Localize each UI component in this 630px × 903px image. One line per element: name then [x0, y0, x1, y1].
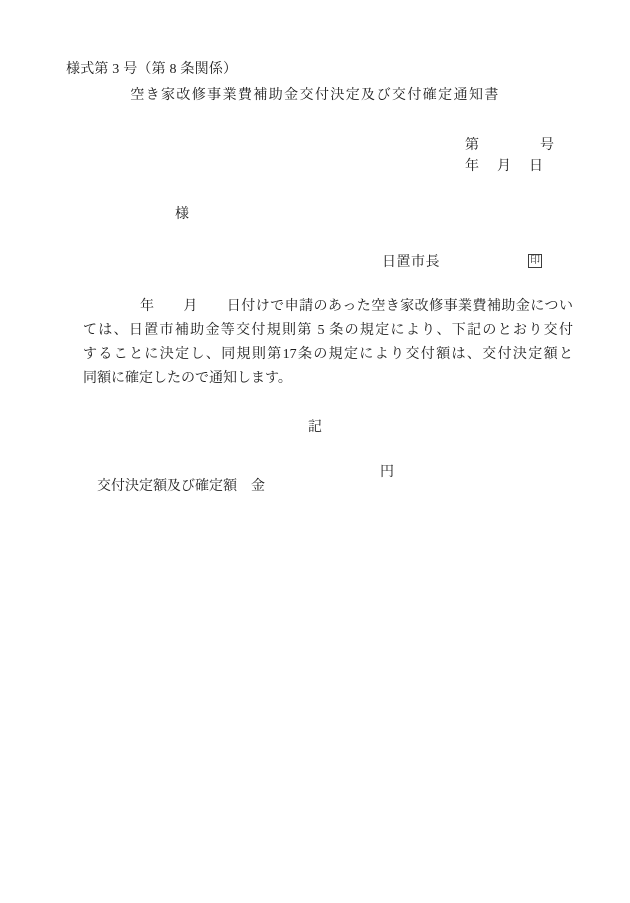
document-title: 空き家改修事業費補助金交付決定及び交付確定通知書 [0, 89, 630, 103]
body-paragraph: 年 月 日付けで申請のあった空き家改修事業費補助金につい ては、日置市補助金等交… [83, 295, 573, 391]
section-marker: 記 [0, 421, 630, 435]
amount-line: 交付決定額及び確定額 金 円 [83, 466, 503, 522]
amount-unit-label: 円 [380, 466, 394, 480]
amount-label: 交付決定額及び確定額 金 [97, 479, 265, 494]
seal-placeholder-icon: 印 [528, 254, 542, 268]
body-line: 同額に確定したので通知します。 [83, 367, 573, 391]
issuer-title: 日置市長 [382, 256, 440, 270]
addressee-honorific: 様 [175, 208, 189, 222]
form-number-label: 様式第 3 号（第 8 条関係） [66, 63, 237, 77]
issue-date-line: 年 月 日 [465, 160, 545, 174]
document-number-line: 第 号 [465, 139, 555, 153]
body-line: 年 月 日付けで申請のあった空き家改修事業費補助金につい [83, 295, 573, 319]
document-page: 様式第 3 号（第 8 条関係） 空き家改修事業費補助金交付決定及び交付確定通知… [0, 0, 630, 903]
body-line: ては、日置市補助金等交付規則第 5 条の規定により、下記のとおり交付 [83, 319, 573, 343]
body-line: することに決定し、同規則第17条の規定により交付額は、交付決定額と [83, 343, 573, 367]
